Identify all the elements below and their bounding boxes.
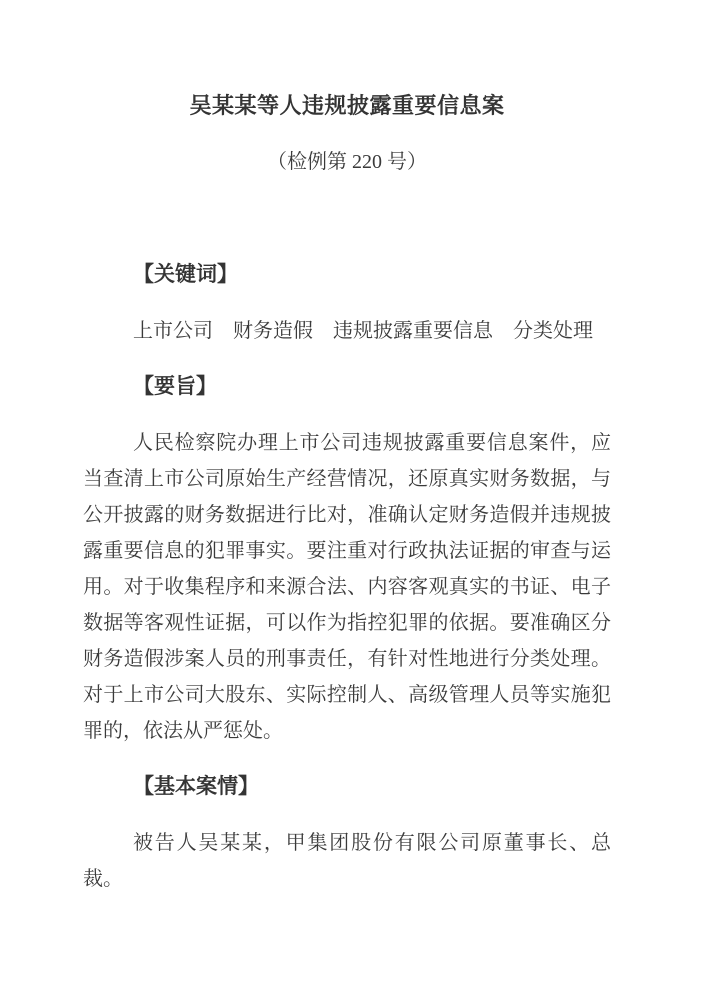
section-heading-summary: 【要旨】 (83, 369, 611, 405)
keywords-line: 上市公司 财务造假 违规披露重要信息 分类处理 (83, 313, 611, 349)
section-heading-facts: 【基本案情】 (83, 769, 611, 805)
page-title: 吴某某等人违规披露重要信息案 (83, 88, 611, 124)
summary-paragraph: 人民检察院办理上市公司违规披露重要信息案件，应当查清上市公司原始生产经营情况，还… (83, 425, 611, 749)
document-page: 吴某某等人违规披露重要信息案 （检例第 220 号） 【关键词】 上市公司 财务… (0, 0, 707, 999)
document-content: 吴某某等人违规披露重要信息案 （检例第 220 号） 【关键词】 上市公司 财务… (0, 0, 707, 897)
section-heading-keywords: 【关键词】 (83, 257, 611, 293)
facts-paragraph: 被告人吴某某，甲集团股份有限公司原董事长、总裁。 (83, 825, 611, 897)
case-number: （检例第 220 号） (83, 144, 611, 180)
